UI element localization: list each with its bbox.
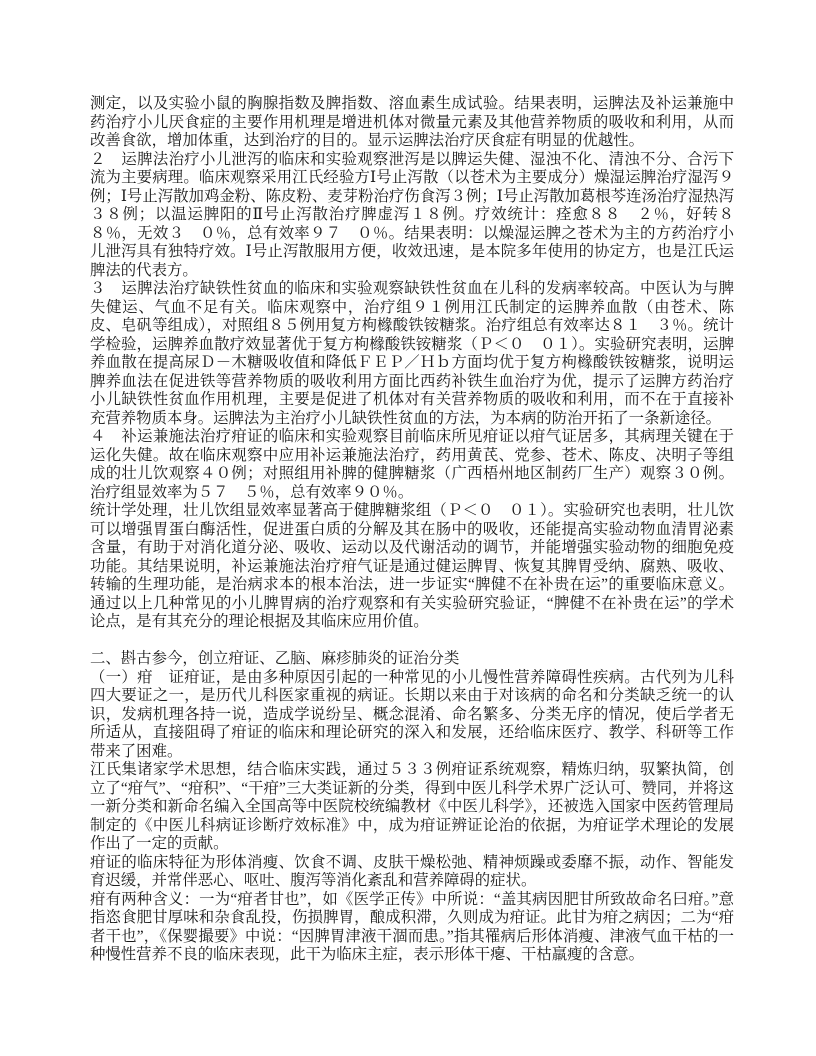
paragraph-gan-two-meanings: 疳有两种含义：一为“疳者甘也”，如《医学正传》中所说：“盖其病因肥甘所致故命名曰… — [90, 891, 734, 965]
blank-line-separator — [90, 632, 734, 651]
paragraph-jiang-classification: 江氏集诸家学术思想，结合临床实践，通过５３３例疳证系统观察，精炼归纳，驭繁执简，… — [90, 761, 734, 854]
document-page: 测定，以及实验小鼠的胸腺指数及脾指数、溶血素生成试验。结果表明，运脾法及补运兼施… — [0, 0, 816, 1056]
paragraph-diarrhea-study: ２ 运脾法治疗小儿泄泻的临床和实验观察泄泻是以脾运失健、湿浊不化、清浊不分、合污… — [90, 151, 734, 281]
paragraph-statistics-summary: 统计学处理，壮儿饮组显效率显著高于健脾糖浆组（Ｐ＜０ ０１）。实验研究也表明，壮… — [90, 502, 734, 632]
section-two-heading: 二、斟古参今，创立疳证、乙脑、麻疹肺炎的证治分类 — [90, 650, 734, 669]
paragraph-gan-definition: （一）疳 证疳证，是由多种原因引起的一种常见的小儿慢性营养障碍性疾病。古代列为儿… — [90, 669, 734, 762]
paragraph-anorexia-conclusion: 测定，以及实验小鼠的胸腺指数及脾指数、溶血素生成试验。结果表明，运脾法及补运兼施… — [90, 95, 734, 151]
page-text-block: 测定，以及实验小鼠的胸腺指数及脾指数、溶血素生成试验。结果表明，运脾法及补运兼施… — [90, 95, 734, 965]
paragraph-gan-syndrome-study: ４ 补运兼施法治疗疳证的临床和实验观察目前临床所见疳证以疳气证居多，其病理关键在… — [90, 428, 734, 502]
paragraph-clinical-features: 疳证的临床特征为形体消瘦、饮食不调、皮肤干燥松弛、精神烦躁或委靡不振，动作、智能… — [90, 854, 734, 891]
paragraph-anemia-study: ３ 运脾法治疗缺铁性贫血的临床和实验观察缺铁性贫血在儿科的发病率较高。中医认为与… — [90, 280, 734, 428]
